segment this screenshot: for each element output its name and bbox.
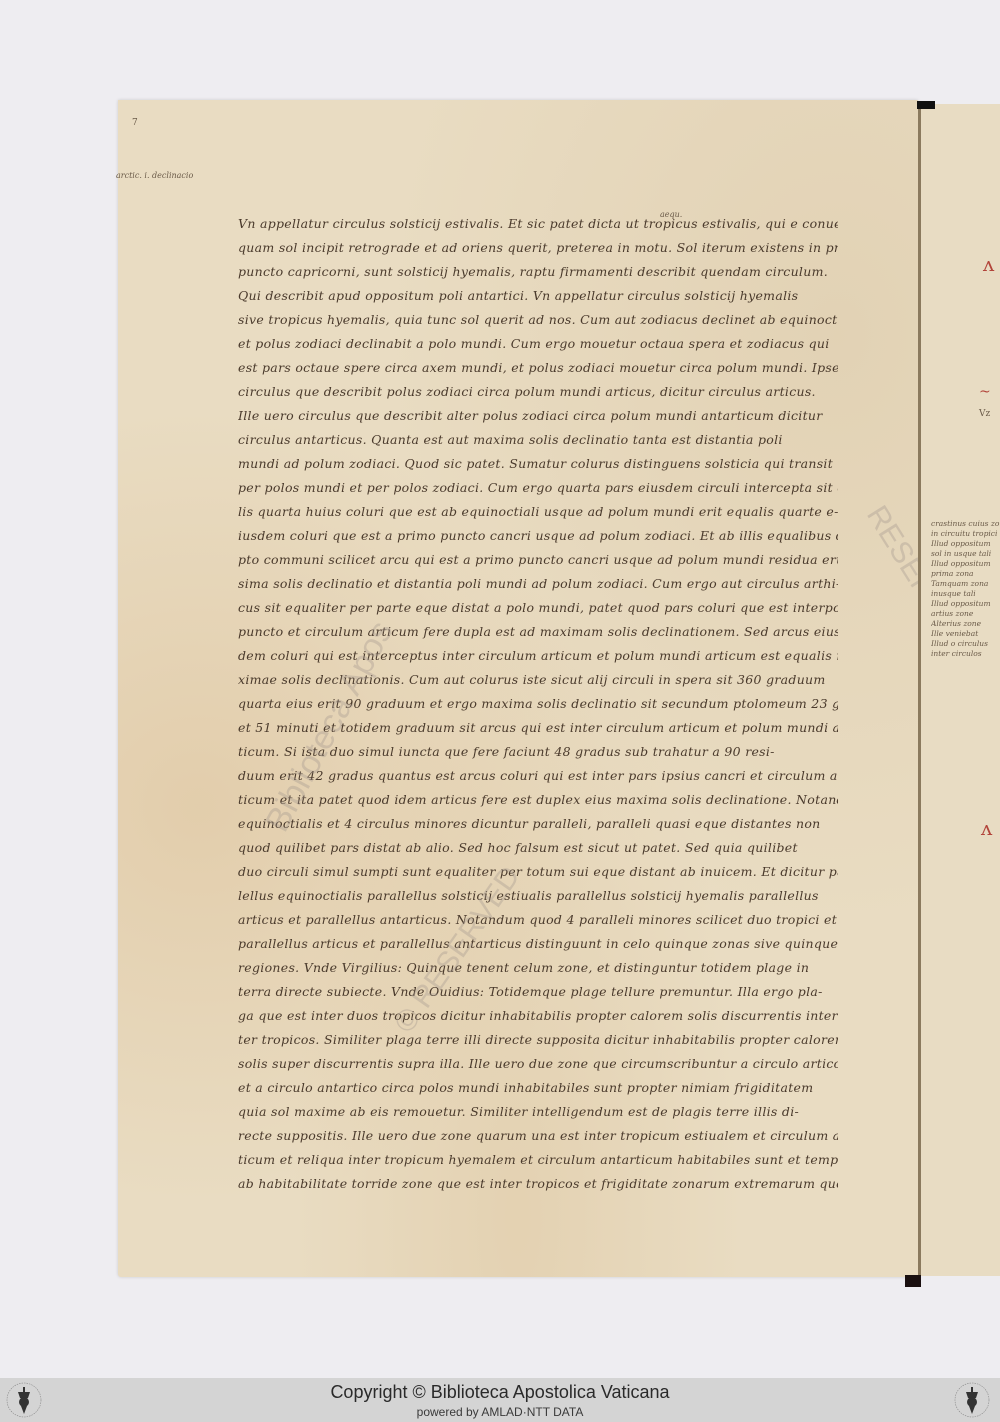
manuscript-line: equinoctialis et 4 circulus minores dicu… [238,812,838,836]
manuscript-line: puncto et circulum articum fere dupla es… [238,620,838,644]
manuscript-line: circulus que describit polus zodiaci cir… [238,380,838,404]
manuscript-line: ticum. Si ista duo simul iuncta que fere… [238,740,838,764]
facing-margin-note: Alterius zone [931,619,1000,629]
binding-clasp-top [917,101,935,109]
image-viewer[interactable]: 7 arctic. i. declinacio aequ. Vn appella… [0,0,1000,1378]
manuscript-line: terra directe subiecte. Vnde Ouidius: To… [238,980,838,1004]
facing-page-notes: crastinus cuius zonein circuitu tropiciI… [931,519,1000,659]
manuscript-line: solis super discurrentis supra illa. Ill… [238,1052,838,1076]
vatican-library-logo-icon [952,1380,992,1420]
red-annotation-mark: ʌ [983,252,994,276]
facing-margin-note: artius zone [931,609,1000,619]
facing-margin-note: crastinus cuius zone [931,519,1000,529]
facing-margin-note: inter circulos [931,649,1000,659]
facing-margin-note: Tamquam zona [931,579,1000,589]
manuscript-line: et a circulo antartico circa polos mundi… [238,1076,838,1100]
manuscript-line: Vn appellatur circulus solsticij estival… [238,212,838,236]
manuscript-line: cus sit equaliter per parte eque distat … [238,596,838,620]
manuscript-line: et 51 minuti et totidem graduum sit arcu… [238,716,838,740]
folio-number: 7 [132,118,138,128]
red-annotation-mark: ʌ [981,816,992,840]
manuscript-line: quod quilibet pars distat ab alio. Sed h… [238,836,838,860]
facing-margin-note: Illud o circulus [931,639,1000,649]
manuscript-line: ga que est inter duos tropicos dicitur i… [238,1004,838,1028]
red-annotation-mark: ~ [979,384,991,400]
manuscript-line: quarta eius erit 90 graduum et ergo maxi… [238,692,838,716]
manuscript-line: lellus equinoctialis parallellus solstic… [238,884,838,908]
manuscript-line: Ille uero circulus que describit alter p… [238,404,838,428]
manuscript-line: ximae solis declinationis. Cum aut colur… [238,668,838,692]
manuscript-line: pto communi scilicet arcu qui est a prim… [238,548,838,572]
manuscript-line: ticum et ita patet quod idem articus fer… [238,788,838,812]
facing-margin-note: Ille veniebat [931,629,1000,639]
manuscript-line: et polus zodiaci declinabit a polo mundi… [238,332,838,356]
manuscript-line: Qui describit apud oppositum poli antart… [238,284,838,308]
manuscript-line: quam sol incipit retrograde et ad oriens… [238,236,838,260]
binding-clasp-bottom [905,1275,921,1287]
facing-margin-note: sol in usque tali [931,549,1000,559]
manuscript-line: ab habitabilitate torride zone que est i… [238,1172,838,1196]
copyright-text: Copyright © Biblioteca Apostolica Vatica… [0,1382,1000,1403]
facing-margin-note: Illud oppositum [931,539,1000,549]
facing-margin-note: in circuitu tropici [931,529,1000,539]
manuscript-line: mundi ad polum zodiaci. Quod sic patet. … [238,452,838,476]
footer-bar: Copyright © Biblioteca Apostolica Vatica… [0,1378,1000,1422]
manuscript-line: per polos mundi et per polos zodiaci. Cu… [238,476,838,500]
powered-by-text: powered by AMLAD·NTT DATA [0,1405,1000,1419]
margin-note: arctic. i. declinacio [116,171,193,180]
manuscript-line: iusdem coluri que est a primo puncto can… [238,524,838,548]
manuscript-line: puncto capricorni, sunt solsticij hyemal… [238,260,838,284]
manuscript-line: ter tropicos. Similiter plaga terre illi… [238,1028,838,1052]
manuscript-line: duum erit 42 gradus quantus est arcus co… [238,764,838,788]
facing-page: ʌ ~ ʌ Vz crastinus cuius zonein circuitu… [918,104,1000,1276]
manuscript-line: sima solis declinatio et distantia poli … [238,572,838,596]
manuscript-line: lis quarta huius coluri que est ab equin… [238,500,838,524]
manuscript-line: recte suppositis. Ille uero due zone qua… [238,1124,838,1148]
manuscript-text: Vn appellatur circulus solsticij estival… [238,212,838,1196]
manuscript-folio: 7 arctic. i. declinacio aequ. Vn appella… [118,100,918,1277]
manuscript-line: est pars octaue spere circa axem mundi, … [238,356,838,380]
manuscript-line: parallellus articus et parallellus antar… [238,932,838,956]
manuscript-line: dem coluri qui est interceptus inter cir… [238,644,838,668]
manuscript-line: sive tropicus hyemalis, quia tunc sol qu… [238,308,838,332]
manuscript-line: regiones. Vnde Virgilius: Quinque tenent… [238,956,838,980]
facing-margin-mark: Vz [979,409,990,419]
facing-margin-note: prima zona [931,569,1000,579]
manuscript-line: duo circuli simul sumpti sunt equaliter … [238,860,838,884]
manuscript-line: articus et parallellus antarticus. Notan… [238,908,838,932]
facing-margin-note: Illud oppositum [931,559,1000,569]
manuscript-line: ticum et reliqua inter tropicum hyemalem… [238,1148,838,1172]
facing-margin-note: inusque tali [931,589,1000,599]
facing-margin-note: Illud oppositum [931,599,1000,609]
manuscript-line: quia sol maxime ab eis remouetur. Simili… [238,1100,838,1124]
manuscript-line: circulus antarticus. Quanta est aut maxi… [238,428,838,452]
